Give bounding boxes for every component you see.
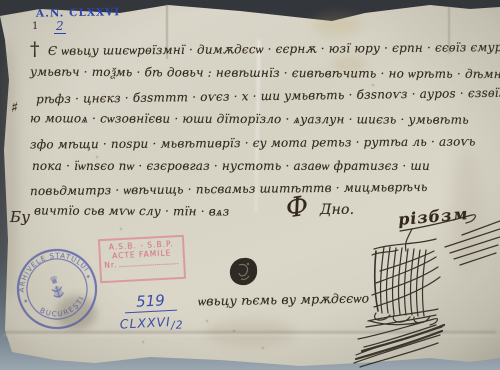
manuscript-line: пока · їѡпѕєо пѡ · єзєровгаз · нустоть ·… xyxy=(32,159,430,174)
stamp-crown-icon: ♛ xyxy=(48,274,60,287)
signature-connector xyxy=(405,229,412,251)
ink-seal xyxy=(227,255,261,289)
manuscript-line: ю мошоѧ · сѡзовнїєви · юши дїторїзло · ѧ… xyxy=(30,111,469,128)
speck xyxy=(262,347,264,349)
signature-flourish xyxy=(400,215,475,231)
speck xyxy=(96,156,98,158)
seal-highlight xyxy=(247,263,249,265)
manuscript-line: умьвѣч · тоѯмь · бѣ довьч : невѣшнїз · є… xyxy=(30,65,500,83)
archive-inventory-number: A.N. CLXXVI xyxy=(36,6,120,19)
hatch-scribble-bottom xyxy=(354,309,444,367)
speck xyxy=(206,320,208,322)
fraction-denominator: CLXXVI xyxy=(119,314,171,332)
red-stamp-nr-label: Nr. xyxy=(104,260,118,270)
closing-flourish: Ф xyxy=(284,191,311,225)
hatch-scribble-right xyxy=(445,221,500,265)
fraction-suffix: /2 xyxy=(171,318,184,332)
margin-mark-bottom: Бу xyxy=(10,208,30,226)
sheet-number: 1 xyxy=(32,21,38,32)
speck xyxy=(233,330,235,332)
crosshatch-scribble xyxy=(370,239,440,325)
pen-scribbles xyxy=(350,195,500,370)
stamp-star-right: ✶ xyxy=(85,273,92,281)
seal-blob xyxy=(230,258,257,285)
red-stamp-dotted-line xyxy=(120,263,179,267)
fraction-numerator: 519 xyxy=(124,291,178,314)
seal-caption-line: ѡвьцу ѣємь ву мрѫдєєѡо xyxy=(198,291,370,310)
inventory-fraction: 519 CLXXVI/2 xyxy=(107,289,195,333)
copy-number: 2 xyxy=(54,19,66,34)
manuscript-line: вичтїо сьв мѵѡ слу · тїн · вѧз xyxy=(34,203,229,219)
speck xyxy=(120,228,122,230)
opening-cross-mark: † xyxy=(30,38,40,60)
red-archive-stamp: A.S.B. - S.B.P. ACTE FAMILE Nr. xyxy=(98,235,186,283)
manuscript-photo: A.N. CLXXVI 1 2 † Є ѡвьцу шиєѡрѳїзмнї · … xyxy=(0,0,500,370)
speck xyxy=(142,341,144,343)
speck xyxy=(372,84,374,86)
